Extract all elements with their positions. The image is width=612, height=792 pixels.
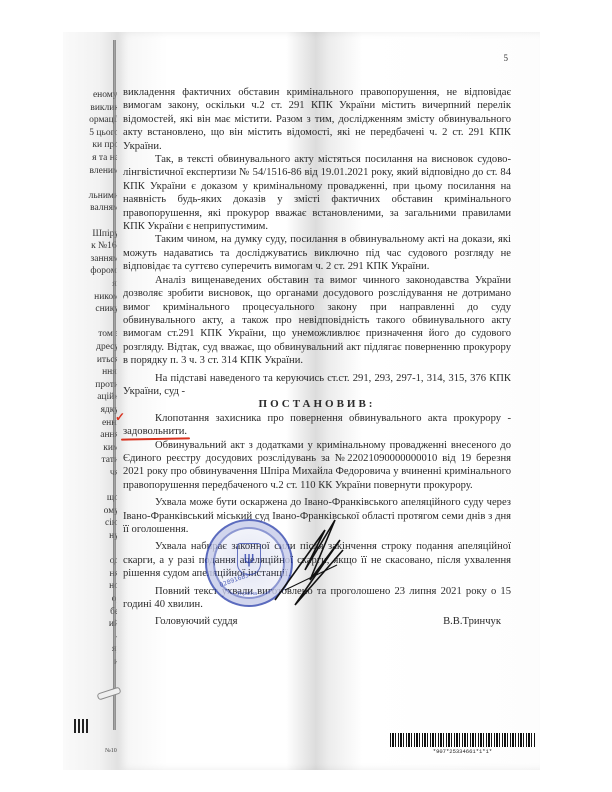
barcode-number: *907*25334661*1*1* xyxy=(390,748,535,755)
barcode-bars xyxy=(390,733,535,747)
document-barcode: *907*25334661*1*1* xyxy=(390,733,535,755)
paragraph-return-indictment: Обвинувальний акт з додатками у кримінал… xyxy=(123,439,511,493)
paragraph-analysis: Аналіз вищенаведених обставин та вимог ч… xyxy=(123,274,511,368)
previous-page-barcode xyxy=(74,719,88,733)
judge-name: В.В.Тринчук xyxy=(411,615,501,628)
page-fold-line xyxy=(113,40,116,730)
checkmark-icon: ✓ xyxy=(115,411,125,424)
paragraph-expertise: Так, в тексті обвинувального акту містят… xyxy=(123,153,511,233)
decision-text: Клопотання захисника про повернення обви… xyxy=(155,413,511,424)
stamp-country: Україна xyxy=(237,591,257,597)
paragraph-legal-basis: На підставі наведеного та керуючись ст.с… xyxy=(123,372,511,399)
stamp-code: 02891683 xyxy=(219,572,250,589)
judge-signature xyxy=(265,510,345,610)
trident-emblem-icon: ψ xyxy=(237,543,261,575)
paragraph-court-opinion: Таким чином, на думку суду, посилання в … xyxy=(123,233,511,273)
page-number: 5 xyxy=(504,53,509,63)
signature-row: Головуючий суддя В.В.Тринчук xyxy=(123,615,511,628)
decision-granted: задовольнити. xyxy=(123,426,187,437)
paragraph-continuation: викладення фактичних обставин кримінальн… xyxy=(123,86,511,153)
document-page: 5 викладення фактичних обставин кримінал… xyxy=(117,32,540,770)
presiding-judge-title: Головуючий суддя xyxy=(155,616,238,627)
decision-paragraph: ✓ Клопотання захисника про повернення об… xyxy=(123,412,511,439)
decision-granted-text: задовольнити. xyxy=(123,426,187,437)
ruling-heading: ПОСТАНОВИВ: xyxy=(123,398,511,411)
